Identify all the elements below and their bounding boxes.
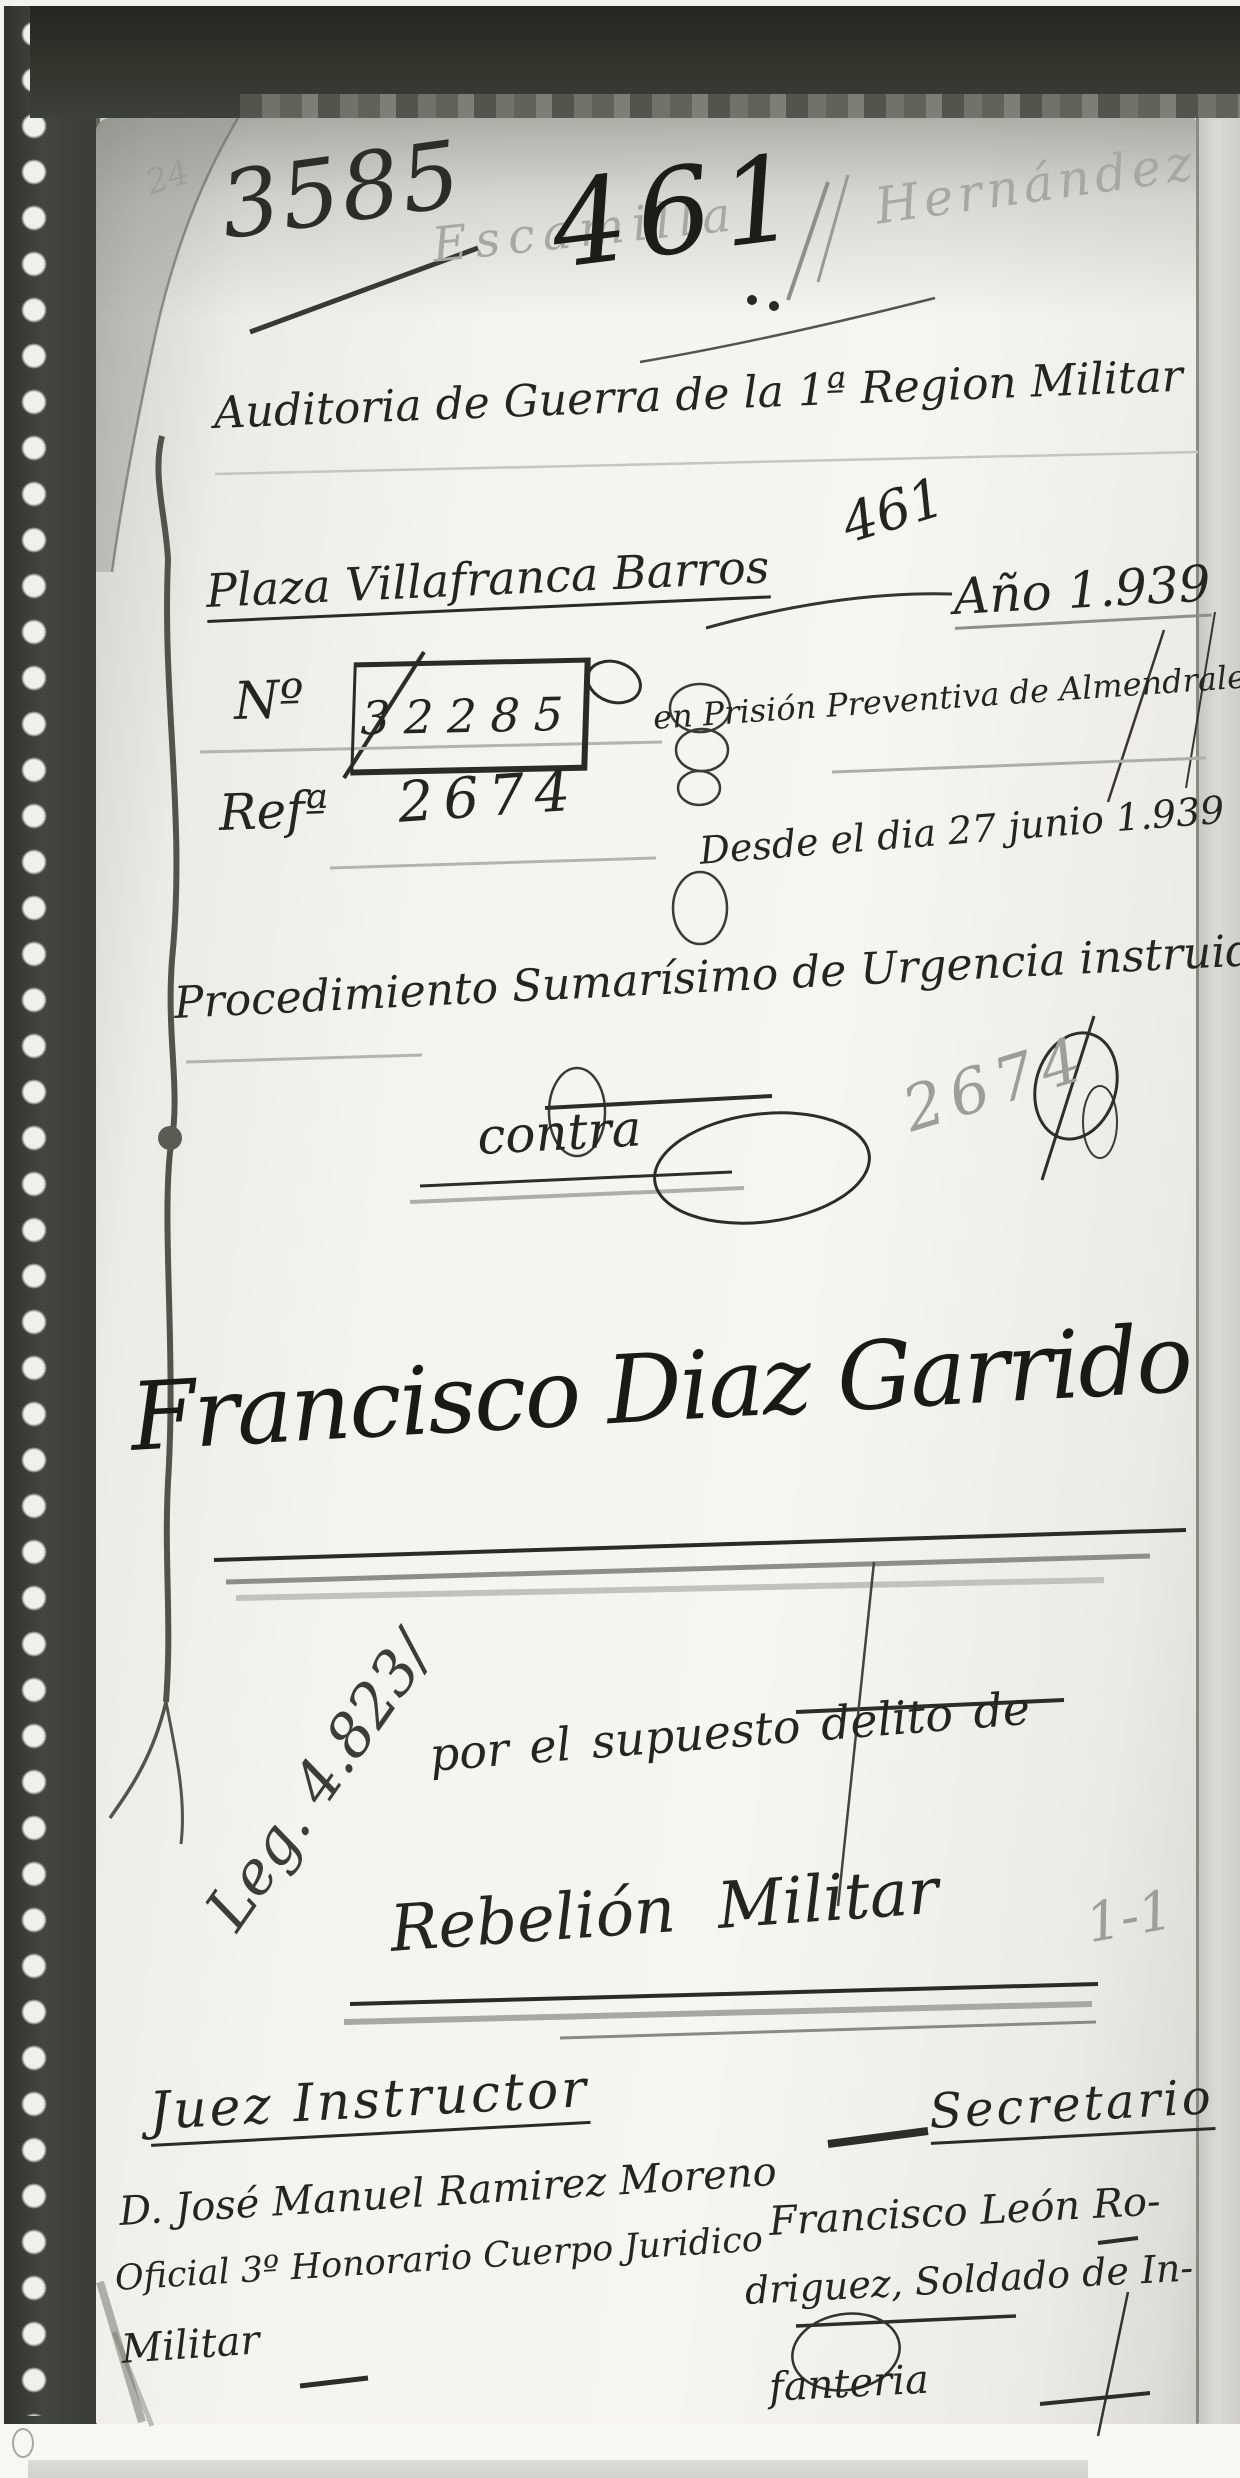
case-number-large: 461: [545, 137, 813, 285]
secretary-line3: fanteria: [768, 2360, 930, 2408]
case-number-box: 32285: [350, 657, 591, 775]
case-number-label: Nº: [233, 674, 305, 728]
reference-value: 2674: [396, 763, 582, 832]
reference-label: Refª: [218, 784, 329, 838]
judge-rank-line2: Militar: [120, 2320, 261, 2370]
microfilm-scan: 24 3585 Escamilla 461 Hernández Auditori…: [0, 0, 1240, 2478]
pencil-folio-mark: 1-1: [1082, 1883, 1177, 1951]
case-number-value: 32285: [360, 687, 578, 746]
against-word: contra: [476, 1103, 643, 1162]
